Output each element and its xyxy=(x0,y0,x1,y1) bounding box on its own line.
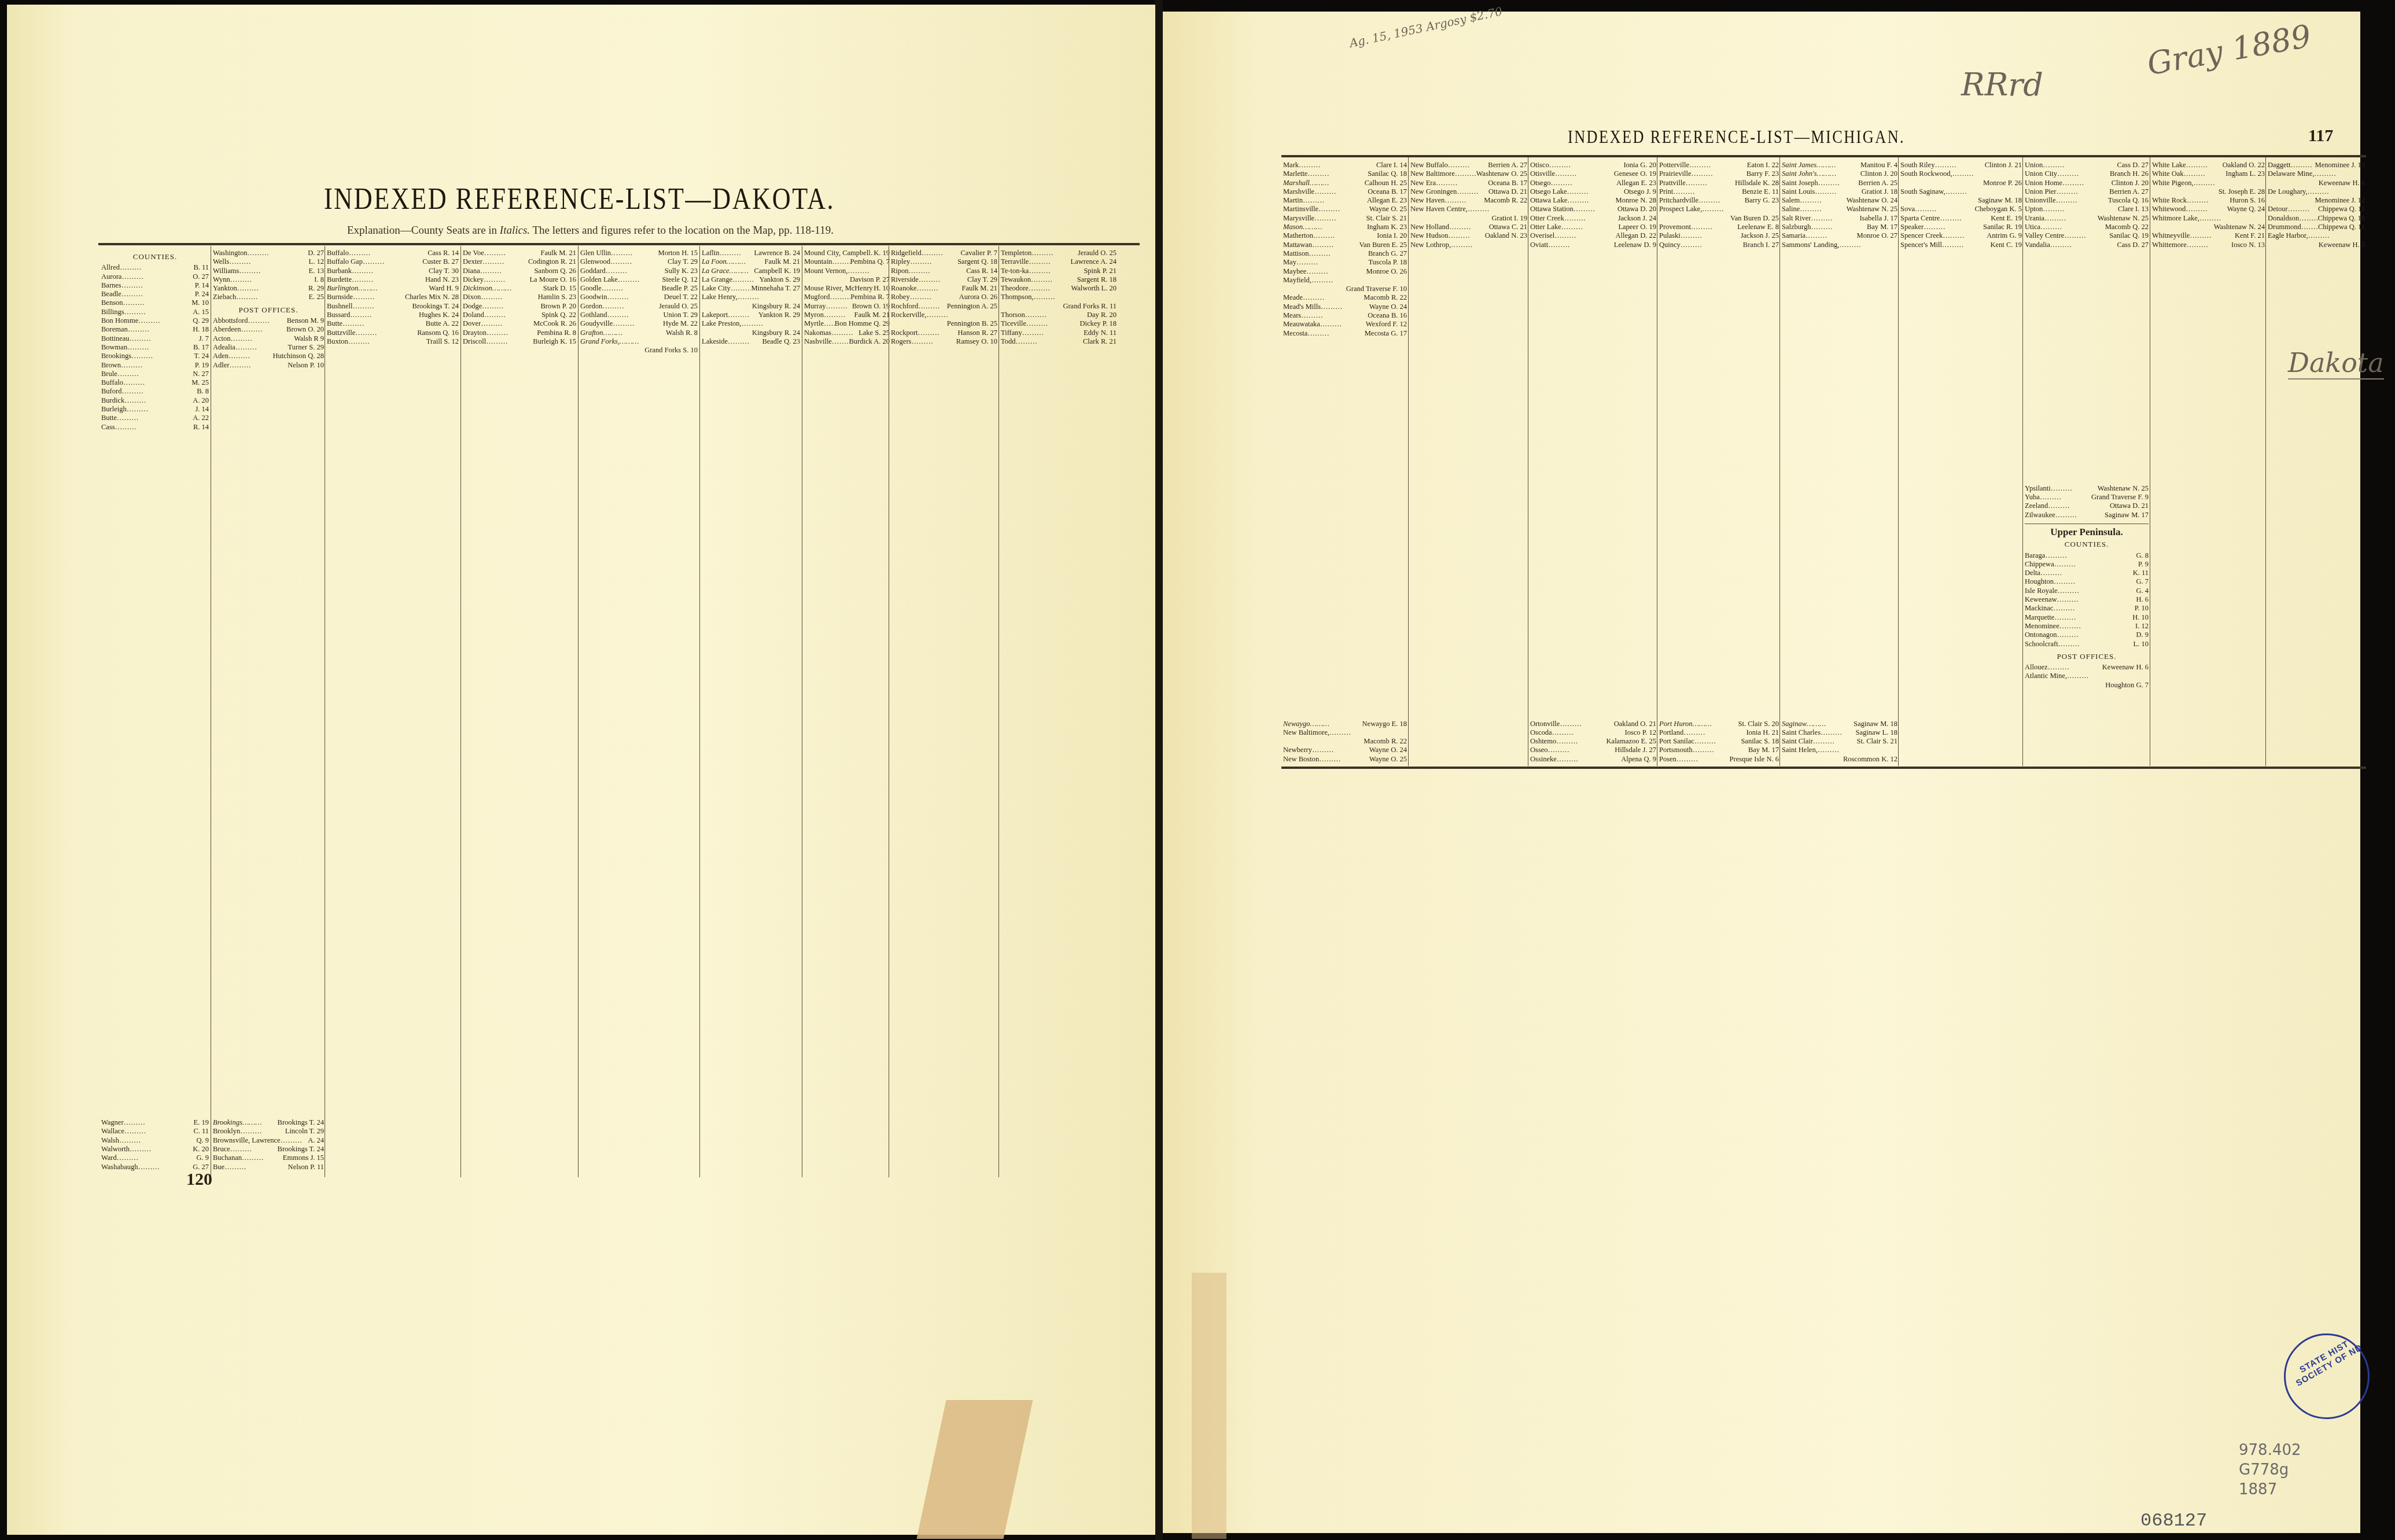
list-item: Goodwin………Deuel T. 22 xyxy=(580,293,698,301)
column-divider xyxy=(889,246,889,1177)
list-item: Yuba………Grand Traverse F. 9 xyxy=(2025,493,2149,502)
index-column: Daggett………Menominee J. 13Delaware Mine,…… xyxy=(2268,161,2365,764)
list-item: Oviatt………Leelenaw D. 9 xyxy=(1530,241,1656,249)
list-item: Saint John's………Clinton J. 20 xyxy=(1782,170,1897,178)
list-item: New Boston………Wayne O. 25 xyxy=(1283,755,1407,764)
list-item: Otsego………Allegan E. 23 xyxy=(1530,179,1656,187)
list-item: Dexter………Codington R. 21 xyxy=(463,257,576,266)
list-item: Saginaw M. 18 xyxy=(1900,196,2022,205)
list-item: Sparta Centre………Kent E. 19 xyxy=(1900,214,2022,223)
page-number-117: 117 xyxy=(2308,126,2333,146)
list-item: Van Buren D. 25 xyxy=(1659,214,1779,223)
list-item: Williams………E. 13 xyxy=(213,267,324,275)
list-item: Menominee………I. 12 xyxy=(2025,622,2149,631)
section-heading: POST OFFICES. xyxy=(213,305,324,314)
column-divider xyxy=(802,246,802,1177)
list-item: Urania………Washtenaw N. 25 xyxy=(2025,214,2149,223)
list-item: Buttzville………Ransom Q. 16 xyxy=(327,329,459,337)
list-item: Portland………Ionia H. 21 xyxy=(1659,728,1779,737)
index-column: Potterville………Eaton I. 22Prairieville………… xyxy=(1659,161,1779,764)
list-item: Saline………Washtenaw N. 25 xyxy=(1782,205,1897,213)
list-item: Brown………P. 19 xyxy=(101,361,209,370)
list-item: Washington………D. 27 xyxy=(213,249,324,257)
list-item: Bruce………Brookings T. 24 xyxy=(213,1145,324,1154)
list-item: Whitneyville………Kent F. 21 xyxy=(2152,231,2265,240)
list-item: Brookings………T. 24 xyxy=(101,352,209,360)
list-item: Whitmore Lake,……… xyxy=(2152,214,2265,223)
column-divider xyxy=(2150,157,2150,766)
list-item: South Saginaw,……… xyxy=(1900,187,2022,196)
list-item: Bottineau………J. 7 xyxy=(101,334,209,343)
list-item: Sammons' Landing,……… xyxy=(1782,241,1897,249)
index-column: Buffalo………Cass R. 14Buffalo Gap………Custer… xyxy=(327,249,459,1174)
list-item: Roanoke………Faulk M. 21 xyxy=(891,284,997,293)
list-item: Driscoll………Burleigh K. 15 xyxy=(463,337,576,346)
index-column: South Riley………Clinton J. 21South Rockwoo… xyxy=(1900,161,2022,764)
list-item: Aurora………O. 27 xyxy=(101,272,209,281)
list-item: Chippewa………P. 9 xyxy=(2025,560,2149,569)
list-item: Ossineke………Alpena Q. 9 xyxy=(1530,755,1656,764)
list-item: Zeeland………Ottawa D. 21 xyxy=(2025,502,2149,510)
list-item: Ticeville………Dickey P. 18 xyxy=(1001,319,1117,328)
list-item: De Loughary,……… xyxy=(2268,187,2365,196)
list-item: New Era………Oceana B. 17 xyxy=(1410,179,1527,187)
list-item: Bue………Nelson P. 11 xyxy=(213,1163,324,1171)
list-item: Ottawa Lake………Monroe N. 28 xyxy=(1530,196,1656,205)
list-item: Butte………A. 22 xyxy=(101,414,209,422)
list-item: Otter Creek………Jackson J. 24 xyxy=(1530,214,1656,223)
index-column-bottom: Brookings………Brookings T. 24Brooklyn………Li… xyxy=(213,1118,324,1171)
list-item: Goudyville………Hyde M. 22 xyxy=(580,319,698,328)
list-item: Dover………McCook R. 26 xyxy=(463,319,576,328)
list-item: New Groningen………Ottawa D. 21 xyxy=(1410,187,1527,196)
list-item: Grafton………Walsh R. 8 xyxy=(580,329,698,337)
list-item: La Grace………Campbell K. 19 xyxy=(702,267,800,275)
list-item: Grand Forks S. 10 xyxy=(580,346,698,355)
index-column-bottom: Newaygo………Newaygo E. 18New Baltimore,………… xyxy=(1283,720,1407,764)
list-item: Drayton………Pembina R. 8 xyxy=(463,329,576,337)
list-item: Bussard………Hughes K. 24 xyxy=(327,311,459,319)
list-item: Golden Lake………Steele Q. 12 xyxy=(580,275,698,284)
page-title-michigan: INDEXED REFERENCE-LIST—MICHIGAN. xyxy=(1568,126,1905,148)
index-column-bottom: Ortonville………Oakland O. 21Oscoda………Iosco… xyxy=(1530,720,1656,764)
list-item: Doland………Spink Q. 22 xyxy=(463,311,576,319)
list-item: South Rockwood,……… xyxy=(1900,170,2022,178)
list-item: South Riley………Clinton J. 21 xyxy=(1900,161,2022,170)
list-item: Diana………Sanborn Q. 26 xyxy=(463,267,576,275)
list-item: De Voe………Faulk M. 21 xyxy=(463,249,576,257)
list-item: Lakeport………Yankton R. 29 xyxy=(702,311,800,319)
list-item: Marlette………Sanilac Q. 18 xyxy=(1283,170,1407,178)
list-item: Laflin………Lawrence B. 24 xyxy=(702,249,800,257)
list-item: Lake Preston,……… xyxy=(702,319,800,328)
list-item: Murray………Brown O. 19 xyxy=(804,302,890,311)
list-item: Burlington………Ward H. 9 xyxy=(327,284,459,293)
list-item: Wallace………C. 11 xyxy=(101,1127,209,1136)
list-item: Newberry………Wayne O. 24 xyxy=(1283,746,1407,754)
header-rule-michigan xyxy=(1281,155,2366,157)
list-item: Burnside………Charles Mix N. 28 xyxy=(327,293,459,301)
list-item: Marshall………Calhoun H. 25 xyxy=(1283,179,1407,187)
list-item: Burdick………A. 20 xyxy=(101,396,209,405)
list-item: Rockerville,……… xyxy=(891,311,997,319)
list-item: Donaldson………Chippewa Q. 10 xyxy=(2268,214,2365,223)
list-item: Print………Benzie E. 11 xyxy=(1659,187,1779,196)
list-item: Otisco………Ionia G. 20 xyxy=(1530,161,1656,170)
list-item: Grand Forks R. 11 xyxy=(1001,302,1117,311)
list-item: Ripon………Cass R. 14 xyxy=(891,267,997,275)
list-item: Newaygo………Newaygo E. 18 xyxy=(1283,720,1407,728)
list-item: Osseo………Hillsdale J. 27 xyxy=(1530,746,1656,754)
list-item: Gratiot I. 19 xyxy=(1410,214,1527,223)
list-item: Dodge………Brown P. 20 xyxy=(463,302,576,311)
list-item: Ripley………Sargent Q. 18 xyxy=(891,257,997,266)
column-divider xyxy=(1779,157,1780,766)
list-item: Roscommon K. 12 xyxy=(1782,755,1897,764)
list-item: Utica………Macomb Q. 22 xyxy=(2025,223,2149,231)
list-item: Saint Joseph………Berrien A. 25 xyxy=(1782,179,1897,187)
list-item: Mattison………Branch G. 27 xyxy=(1283,249,1407,258)
list-item: Allred………B. 11 xyxy=(101,263,209,272)
list-item: Otisville………Genesee O. 19 xyxy=(1530,170,1656,178)
list-item: St. Joseph E. 28 xyxy=(2152,187,2265,196)
list-item: Potterville………Eaton I. 22 xyxy=(1659,161,1779,170)
list-item: Boreman………H. 18 xyxy=(101,325,209,334)
list-item: Ziebach………E. 25 xyxy=(213,293,324,301)
list-item: Buffalo………Cass R. 14 xyxy=(327,249,459,257)
page-number-120: 120 xyxy=(186,1170,212,1189)
list-item: Mugford………Pembina R. 7 xyxy=(804,293,890,301)
list-item: Buffalo………M. 25 xyxy=(101,378,209,387)
index-column: Glen Ullin………Morton H. 15Glenwood………Clay… xyxy=(580,249,698,1174)
index-column: COUNTIES.Allred………B. 11Aurora………O. 27Bar… xyxy=(101,249,209,1171)
index-column: De Voe………Faulk M. 21Dexter………Codington R… xyxy=(463,249,576,1174)
list-item: Nashville………Burdick A. 20 xyxy=(804,337,890,346)
list-item: Mark………Clare I. 14 xyxy=(1283,161,1407,170)
list-item: Houghton………G. 7 xyxy=(2025,577,2149,586)
list-item: Eagle Harbor,……… xyxy=(2268,231,2365,240)
list-item: Mouse River, McHenry………H. 10 xyxy=(804,284,890,293)
list-item: White Rock………Huron S. 16 xyxy=(2152,196,2265,205)
list-item: Grand Traverse F. 10 xyxy=(1283,285,1407,293)
list-item: Oshtemo………Kalamazoo E. 25 xyxy=(1530,737,1656,746)
list-item: Myron………Faulk M. 21 xyxy=(804,311,890,319)
list-item: Mattawan………Van Buren E. 25 xyxy=(1283,241,1407,249)
column-divider xyxy=(699,246,700,1177)
list-item: Mackinac………P. 10 xyxy=(2025,604,2149,613)
list-item: Terraville………Lawrence A. 24 xyxy=(1001,257,1117,266)
list-item: Walworth………K. 20 xyxy=(101,1145,209,1154)
list-item: Saint Helen,……… xyxy=(1782,746,1897,754)
list-item: Posen………Presque Isle N. 6 xyxy=(1659,755,1779,764)
list-item: Saginaw………Saginaw M. 18 xyxy=(1782,720,1897,728)
list-item: New Haven………Macomb R. 22 xyxy=(1410,196,1527,205)
list-item: Beadle………P. 24 xyxy=(101,290,209,299)
list-item: Wagner………E. 19 xyxy=(101,1118,209,1127)
list-item: La Foon………Faulk M. 21 xyxy=(702,257,800,266)
list-item: Prairieville………Barry F. 23 xyxy=(1659,170,1779,178)
list-item: Port Sanilac………Sanilac S. 18 xyxy=(1659,737,1779,746)
section-heading: COUNTIES. xyxy=(2025,540,2149,548)
list-item: Baraga………G. 8 xyxy=(2025,551,2149,560)
list-item: Detour………Chippewa Q. 11 xyxy=(2268,205,2365,213)
list-item: Lake City………Minnehaha T. 27 xyxy=(702,284,800,293)
list-item: Thorson………Day R. 20 xyxy=(1001,311,1117,319)
column-divider xyxy=(578,246,579,1177)
list-item: Delaware Mine,……… xyxy=(2268,170,2365,178)
list-item: Quincy………Branch I. 27 xyxy=(1659,241,1779,249)
list-item: Kingsbury R. 24 xyxy=(702,329,800,337)
list-item: Mason………Ingham K. 23 xyxy=(1283,223,1407,231)
list-item: Spencer's Mill………Kent C. 19 xyxy=(1900,241,2022,249)
list-item: Billings………A. 15 xyxy=(101,308,209,316)
list-item: Myrtle………Bon Homme Q. 29 xyxy=(804,319,890,328)
list-item: Ottawa Station………Ottawa D. 20 xyxy=(1530,205,1656,213)
list-item: Dickinson………Stark D. 15 xyxy=(463,284,576,293)
list-item: Goodle………Beadle P. 25 xyxy=(580,284,698,293)
list-item: Pritchardville………Barry G. 23 xyxy=(1659,196,1779,205)
book-gutter xyxy=(1155,0,1163,1540)
index-column: Mark………Clare I. 14Marlette………Sanilac Q. … xyxy=(1283,161,1407,764)
list-item: Valley Centre………Sanilac Q. 19 xyxy=(2025,231,2149,240)
list-item: Wynn………I. 8 xyxy=(213,275,324,284)
list-item: Ortonville………Oakland O. 21 xyxy=(1530,720,1656,728)
page-title-dakota: INDEXED REFERENCE-LIST—DAKOTA. xyxy=(324,182,835,216)
list-item: Robey………Aurora O. 26 xyxy=(891,293,997,301)
list-item: Drummond………Chippewa Q. 11 xyxy=(2268,223,2365,231)
list-item: Tewaukon………Sargent R. 18 xyxy=(1001,275,1117,284)
list-item: Davison P. 27 xyxy=(804,275,890,284)
list-item: Pulaski………Jackson J. 25 xyxy=(1659,231,1779,240)
list-item: Salem………Washtenaw O. 24 xyxy=(1782,196,1897,205)
footer-rule-michigan xyxy=(1281,767,2366,769)
list-item: Union Home………Clinton J. 20 xyxy=(2025,179,2149,187)
list-item: Provemont………Leelenaw E. 8 xyxy=(1659,223,1779,231)
pencil-dakota-note: Dakota xyxy=(2288,347,2384,380)
list-item: Todd………Clark R. 21 xyxy=(1001,337,1117,346)
header-rule xyxy=(98,243,1140,245)
list-item: Portsmouth………Bay M. 17 xyxy=(1659,746,1779,754)
list-item: New Lothrop,……… xyxy=(1410,241,1527,249)
index-column-bottom: Port Huron………St. Clair S. 20Portland………I… xyxy=(1659,720,1779,764)
list-item: Adealia………Turner S. 29 xyxy=(213,343,324,352)
list-item: Matherton………Ionia I. 20 xyxy=(1283,231,1407,240)
list-item: Theodore………Walworth L. 20 xyxy=(1001,284,1117,293)
list-item: Oscoda………Iosco P. 12 xyxy=(1530,728,1656,737)
list-item: Brooklyn………Lincoln T. 29 xyxy=(213,1127,324,1136)
list-item: New Holland………Ottawa C. 21 xyxy=(1410,223,1527,231)
upper-peninsula-section: Upper Peninsula.COUNTIES.Baraga………G. 8Ch… xyxy=(2025,524,2149,764)
column-divider xyxy=(1898,157,1899,766)
list-item: Benson………M. 10 xyxy=(101,299,209,307)
list-item: Buxton………Traill S. 12 xyxy=(327,337,459,346)
list-item: Burbank………Clay T. 30 xyxy=(327,267,459,275)
list-item: Rockport………Hanson R. 27 xyxy=(891,329,997,337)
list-item: Whittemore………Iosco N. 13 xyxy=(2152,241,2265,249)
list-item: Brookings………Brookings T. 24 xyxy=(213,1118,324,1127)
column-divider xyxy=(460,246,461,1177)
list-item: Atlantic Mine,……… xyxy=(2025,672,2149,680)
list-item: Nakomas………Lake S. 25 xyxy=(804,329,890,337)
list-item: Grand Forks,……… xyxy=(580,337,698,346)
list-item: Daggett………Menominee J. 13 xyxy=(2268,161,2365,170)
list-item: Mead's Mills………Wayne O. 24 xyxy=(1283,303,1407,311)
list-item: Glenwood………Clay T. 29 xyxy=(580,257,698,266)
list-item: Ypsilanti………Washtenaw N. 25 xyxy=(2025,484,2149,493)
list-item: Tiffany………Eddy N. 11 xyxy=(1001,329,1117,337)
list-item: Rogers………Ramsey O. 10 xyxy=(891,337,997,346)
list-item: New Baltimore,……… xyxy=(1283,728,1407,737)
list-item: Marshville………Oceana B. 17 xyxy=(1283,187,1407,196)
index-column-bottom: Wagner………E. 19Wallace………C. 11Walsh………Q. … xyxy=(101,1118,209,1171)
list-item: Keweenaw H. 5 xyxy=(2268,241,2365,249)
list-item: Monroe P. 26 xyxy=(1900,179,2022,187)
list-item: Saint Louis………Gratiot J. 18 xyxy=(1782,187,1897,196)
list-item: White Pigeon,……… xyxy=(2152,179,2265,187)
list-item: Adler………Nelson P. 10 xyxy=(213,361,324,370)
list-item: Mount Vernon,……… xyxy=(804,267,890,275)
list-item: New Hudson………Oakland N. 23 xyxy=(1410,231,1527,240)
list-item: New Haven Centre,……… xyxy=(1410,205,1527,213)
list-item: Burdette………Hand N. 23 xyxy=(327,275,459,284)
list-item: Union………Cass D. 27 xyxy=(2025,161,2149,170)
list-item: Houghton G. 7 xyxy=(2025,681,2149,690)
list-item: Aberdeen………Brown O. 20 xyxy=(213,325,324,334)
list-item: Martin………Allegan E. 23 xyxy=(1283,196,1407,205)
index-column: Ridgefield………Cavalier P. 7Ripley………Sarge… xyxy=(891,249,997,1174)
list-item: Buffalo Gap………Custer B. 27 xyxy=(327,257,459,266)
list-item: Samaria………Monroe O. 27 xyxy=(1782,231,1897,240)
list-item: Ontonagon………D. 9 xyxy=(2025,631,2149,639)
list-item: Rochford………Pennington A. 25 xyxy=(891,302,997,311)
list-item: Buford………B. 8 xyxy=(101,387,209,396)
list-item: New Buffalo………Berrien A. 27 xyxy=(1410,161,1527,170)
pencil-rr-note: RRrd xyxy=(1961,67,2043,103)
list-item: Walsh………Q. 9 xyxy=(101,1136,209,1145)
list-item: Menominee J. 12 xyxy=(2268,196,2365,205)
list-item: Vandalia………Cass D. 27 xyxy=(2025,241,2149,249)
library-stamp: STATE HIST SOCIETY OF ND xyxy=(2284,1333,2370,1419)
list-item: Butte………Butte A. 22 xyxy=(327,319,459,328)
list-item: Martinsville………Wayne O. 25 xyxy=(1283,205,1407,213)
list-item: Riverside………Clay T. 29 xyxy=(891,275,997,284)
index-column: New Buffalo………Berrien A. 27New Baltimore… xyxy=(1410,161,1527,764)
list-item: Upton………Clare I. 13 xyxy=(2025,205,2149,213)
tape-strip xyxy=(1192,1273,1226,1539)
column-divider xyxy=(1408,157,1409,766)
list-item: Brownsville, Lawrence………A. 24 xyxy=(213,1136,324,1145)
list-item: Spencer Creek………Antrim G. 9 xyxy=(1900,231,2022,240)
column-divider xyxy=(325,246,325,1177)
list-item: Saint Charles………Saginaw L. 18 xyxy=(1782,728,1897,737)
list-item: Thompson,……… xyxy=(1001,293,1117,301)
index-column: Union………Cass D. 27Union City………Branch H.… xyxy=(2025,161,2149,520)
list-item: Whitewood………Wayne Q. 24 xyxy=(2152,205,2265,213)
list-item: Meade………Macomb R. 22 xyxy=(1283,293,1407,302)
list-item: Keweenaw………H. 6 xyxy=(2025,595,2149,604)
list-item: Delta………K. 11 xyxy=(2025,569,2149,577)
list-item: Union City………Branch H. 26 xyxy=(2025,170,2149,178)
list-item: Otter Lake………Lapeer O. 19 xyxy=(1530,223,1656,231)
index-column-bottom: Saginaw………Saginaw M. 18Saint Charles………S… xyxy=(1782,720,1897,764)
column-divider xyxy=(998,246,999,1177)
list-item: Abbottsford………Benson M. 9 xyxy=(213,316,324,325)
section-heading: Upper Peninsula. xyxy=(2025,528,2149,536)
list-item: Prattville………Hillsdale K. 28 xyxy=(1659,179,1779,187)
list-item: Mecosta………Mecosta G. 17 xyxy=(1283,329,1407,338)
list-item: Brule………N. 27 xyxy=(101,370,209,378)
list-item: Pennington B. 25 xyxy=(891,319,997,328)
list-item: Lake Henry,……… xyxy=(702,293,800,301)
list-item: Bushnell………Brookings T. 24 xyxy=(327,302,459,311)
list-item: Mound City, Campbell………K. 19 xyxy=(804,249,890,257)
list-item: Isle Royale………G. 4 xyxy=(2025,587,2149,595)
accession-number: 068127 xyxy=(2140,1510,2207,1531)
list-item: Lakeside………Beadle Q. 23 xyxy=(702,337,800,346)
list-item: Union Pier………Berrien A. 27 xyxy=(2025,187,2149,196)
column-divider xyxy=(1528,157,1528,766)
index-column: Saint James………Manitou F. 4Saint John's……… xyxy=(1782,161,1897,764)
list-item: Buchanan………Emmons J. 15 xyxy=(213,1154,324,1162)
list-item: Bon Homme………Q. 29 xyxy=(101,316,209,325)
list-item: White Oak………Ingham L. 23 xyxy=(2152,170,2265,178)
index-column: White Lake………Oakland O. 22White Oak………In… xyxy=(2152,161,2265,764)
index-column: Mound City, Campbell………K. 19Mountain………P… xyxy=(804,249,890,1174)
list-item: Gordon………Jerauld O. 25 xyxy=(580,302,698,311)
list-item: Ridgefield………Cavalier P. 7 xyxy=(891,249,997,257)
list-item: Unionville………Tuscola Q. 16 xyxy=(2025,196,2149,205)
section-heading: POST OFFICES. xyxy=(2025,652,2149,661)
section-heading: COUNTIES. xyxy=(101,252,209,261)
list-item: May………Tuscola P. 18 xyxy=(1283,258,1407,267)
list-item: Dickey………La Moure O. 16 xyxy=(463,275,576,284)
column-divider xyxy=(1657,157,1657,766)
list-item: Keweenaw H. 6 xyxy=(2268,179,2365,187)
list-item: Port Huron………St. Clair S. 20 xyxy=(1659,720,1779,728)
list-item: Washtenaw N. 24 xyxy=(2152,223,2265,231)
list-item: White Lake………Oakland O. 22 xyxy=(2152,161,2265,170)
list-item: Wells………L. 12 xyxy=(213,257,324,266)
list-item: Allouez………Keweenaw H. 6 xyxy=(2025,663,2149,672)
list-item: Dixon………Hamlin S. 23 xyxy=(463,293,576,301)
list-item: La Grange………Yankton S. 29 xyxy=(702,275,800,284)
list-item: Gothland………Union T. 29 xyxy=(580,311,698,319)
list-item: Mountain………Pembina Q. 7 xyxy=(804,257,890,266)
list-item: Maybee………Monroe O. 26 xyxy=(1283,267,1407,276)
list-item: Overisel………Allegan D. 22 xyxy=(1530,231,1656,240)
list-item: New Baltimore………Washtenaw O. 25 xyxy=(1410,170,1527,178)
list-item: Meauwataka………Wexford F. 12 xyxy=(1283,320,1407,329)
list-item: Mears………Oceana B. 16 xyxy=(1283,311,1407,320)
call-number: 978.402 G778g 1887 xyxy=(2239,1440,2301,1500)
list-item: Yankton………R. 29 xyxy=(213,284,324,293)
list-item: Mayfield,……… xyxy=(1283,276,1407,285)
list-item: Goddard………Sully K. 23 xyxy=(580,267,698,275)
list-item: Templeton………Jerauld O. 25 xyxy=(1001,249,1117,257)
list-item: Barnes………P. 14 xyxy=(101,281,209,290)
index-column: Laflin………Lawrence B. 24La Foon………Faulk M… xyxy=(702,249,800,1174)
list-item: Prospect Lake,……… xyxy=(1659,205,1779,213)
index-column: Otisco………Ionia G. 20Otisville………Genesee … xyxy=(1530,161,1656,764)
list-item: Speaker………Sanilac R. 19 xyxy=(1900,223,2022,231)
list-item: Salt River………Isabella J. 17 xyxy=(1782,214,1897,223)
list-item: Zilwaukee………Saginaw M. 17 xyxy=(2025,511,2149,520)
explanation-text: Explanation—County Seats are in Italics.… xyxy=(347,224,834,237)
column-divider xyxy=(2265,157,2266,766)
column-divider xyxy=(2022,157,2023,766)
list-item: Saint James………Manitou F. 4 xyxy=(1782,161,1897,170)
list-item: Burleigh………J. 14 xyxy=(101,405,209,414)
